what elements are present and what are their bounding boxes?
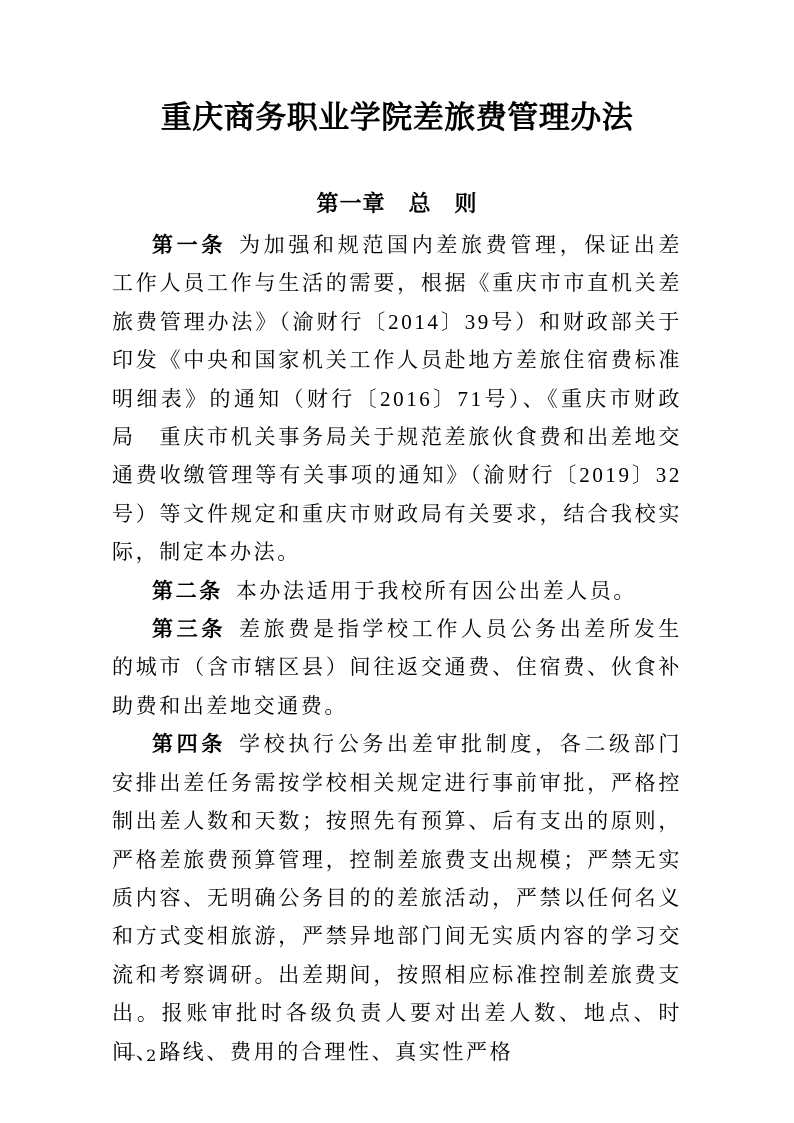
article-4-number: 第四条	[152, 732, 226, 756]
document-title: 重庆商务职业学院差旅费管理办法	[0, 92, 794, 137]
chapter-heading: 第一章 总 则	[0, 187, 794, 218]
paragraph-article-4: 第四条学校执行公务出差审批制度，各二级部门安排出差任务需按学校相关规定进行事前审…	[112, 725, 682, 1071]
page-number: － 2 －	[121, 1046, 183, 1065]
article-4-text: 学校执行公务出差审批制度，各二级部门安排出差任务需按学校相关规定进行事前审批，严…	[112, 732, 682, 1063]
article-2-number: 第二条	[152, 579, 223, 603]
paragraph-article-3: 第三条差旅费是指学校工作人员公务出差所发生的城市（含市辖区县）间往返交通费、住宿…	[112, 610, 682, 725]
article-1-number: 第一条	[152, 233, 226, 257]
page-footer: － 2 －	[121, 1043, 183, 1066]
article-2-text: 本办法适用于我校所有因公出差人员。	[236, 579, 637, 603]
document-page: 重庆商务职业学院差旅费管理办法 第一章 总 则 第一条为加强和规范国内差旅费管理…	[0, 0, 794, 1123]
paragraph-article-2: 第二条本办法适用于我校所有因公出差人员。	[112, 572, 682, 610]
article-3-number: 第三条	[152, 617, 226, 641]
article-1-text: 为加强和规范国内差旅费管理，保证出差工作人员工作与生活的需要，根据《重庆市市直机…	[112, 233, 682, 564]
paragraph-article-1: 第一条为加强和规范国内差旅费管理，保证出差工作人员工作与生活的需要，根据《重庆市…	[112, 226, 682, 572]
document-body: 第一条为加强和规范国内差旅费管理，保证出差工作人员工作与生活的需要，根据《重庆市…	[112, 226, 682, 1071]
